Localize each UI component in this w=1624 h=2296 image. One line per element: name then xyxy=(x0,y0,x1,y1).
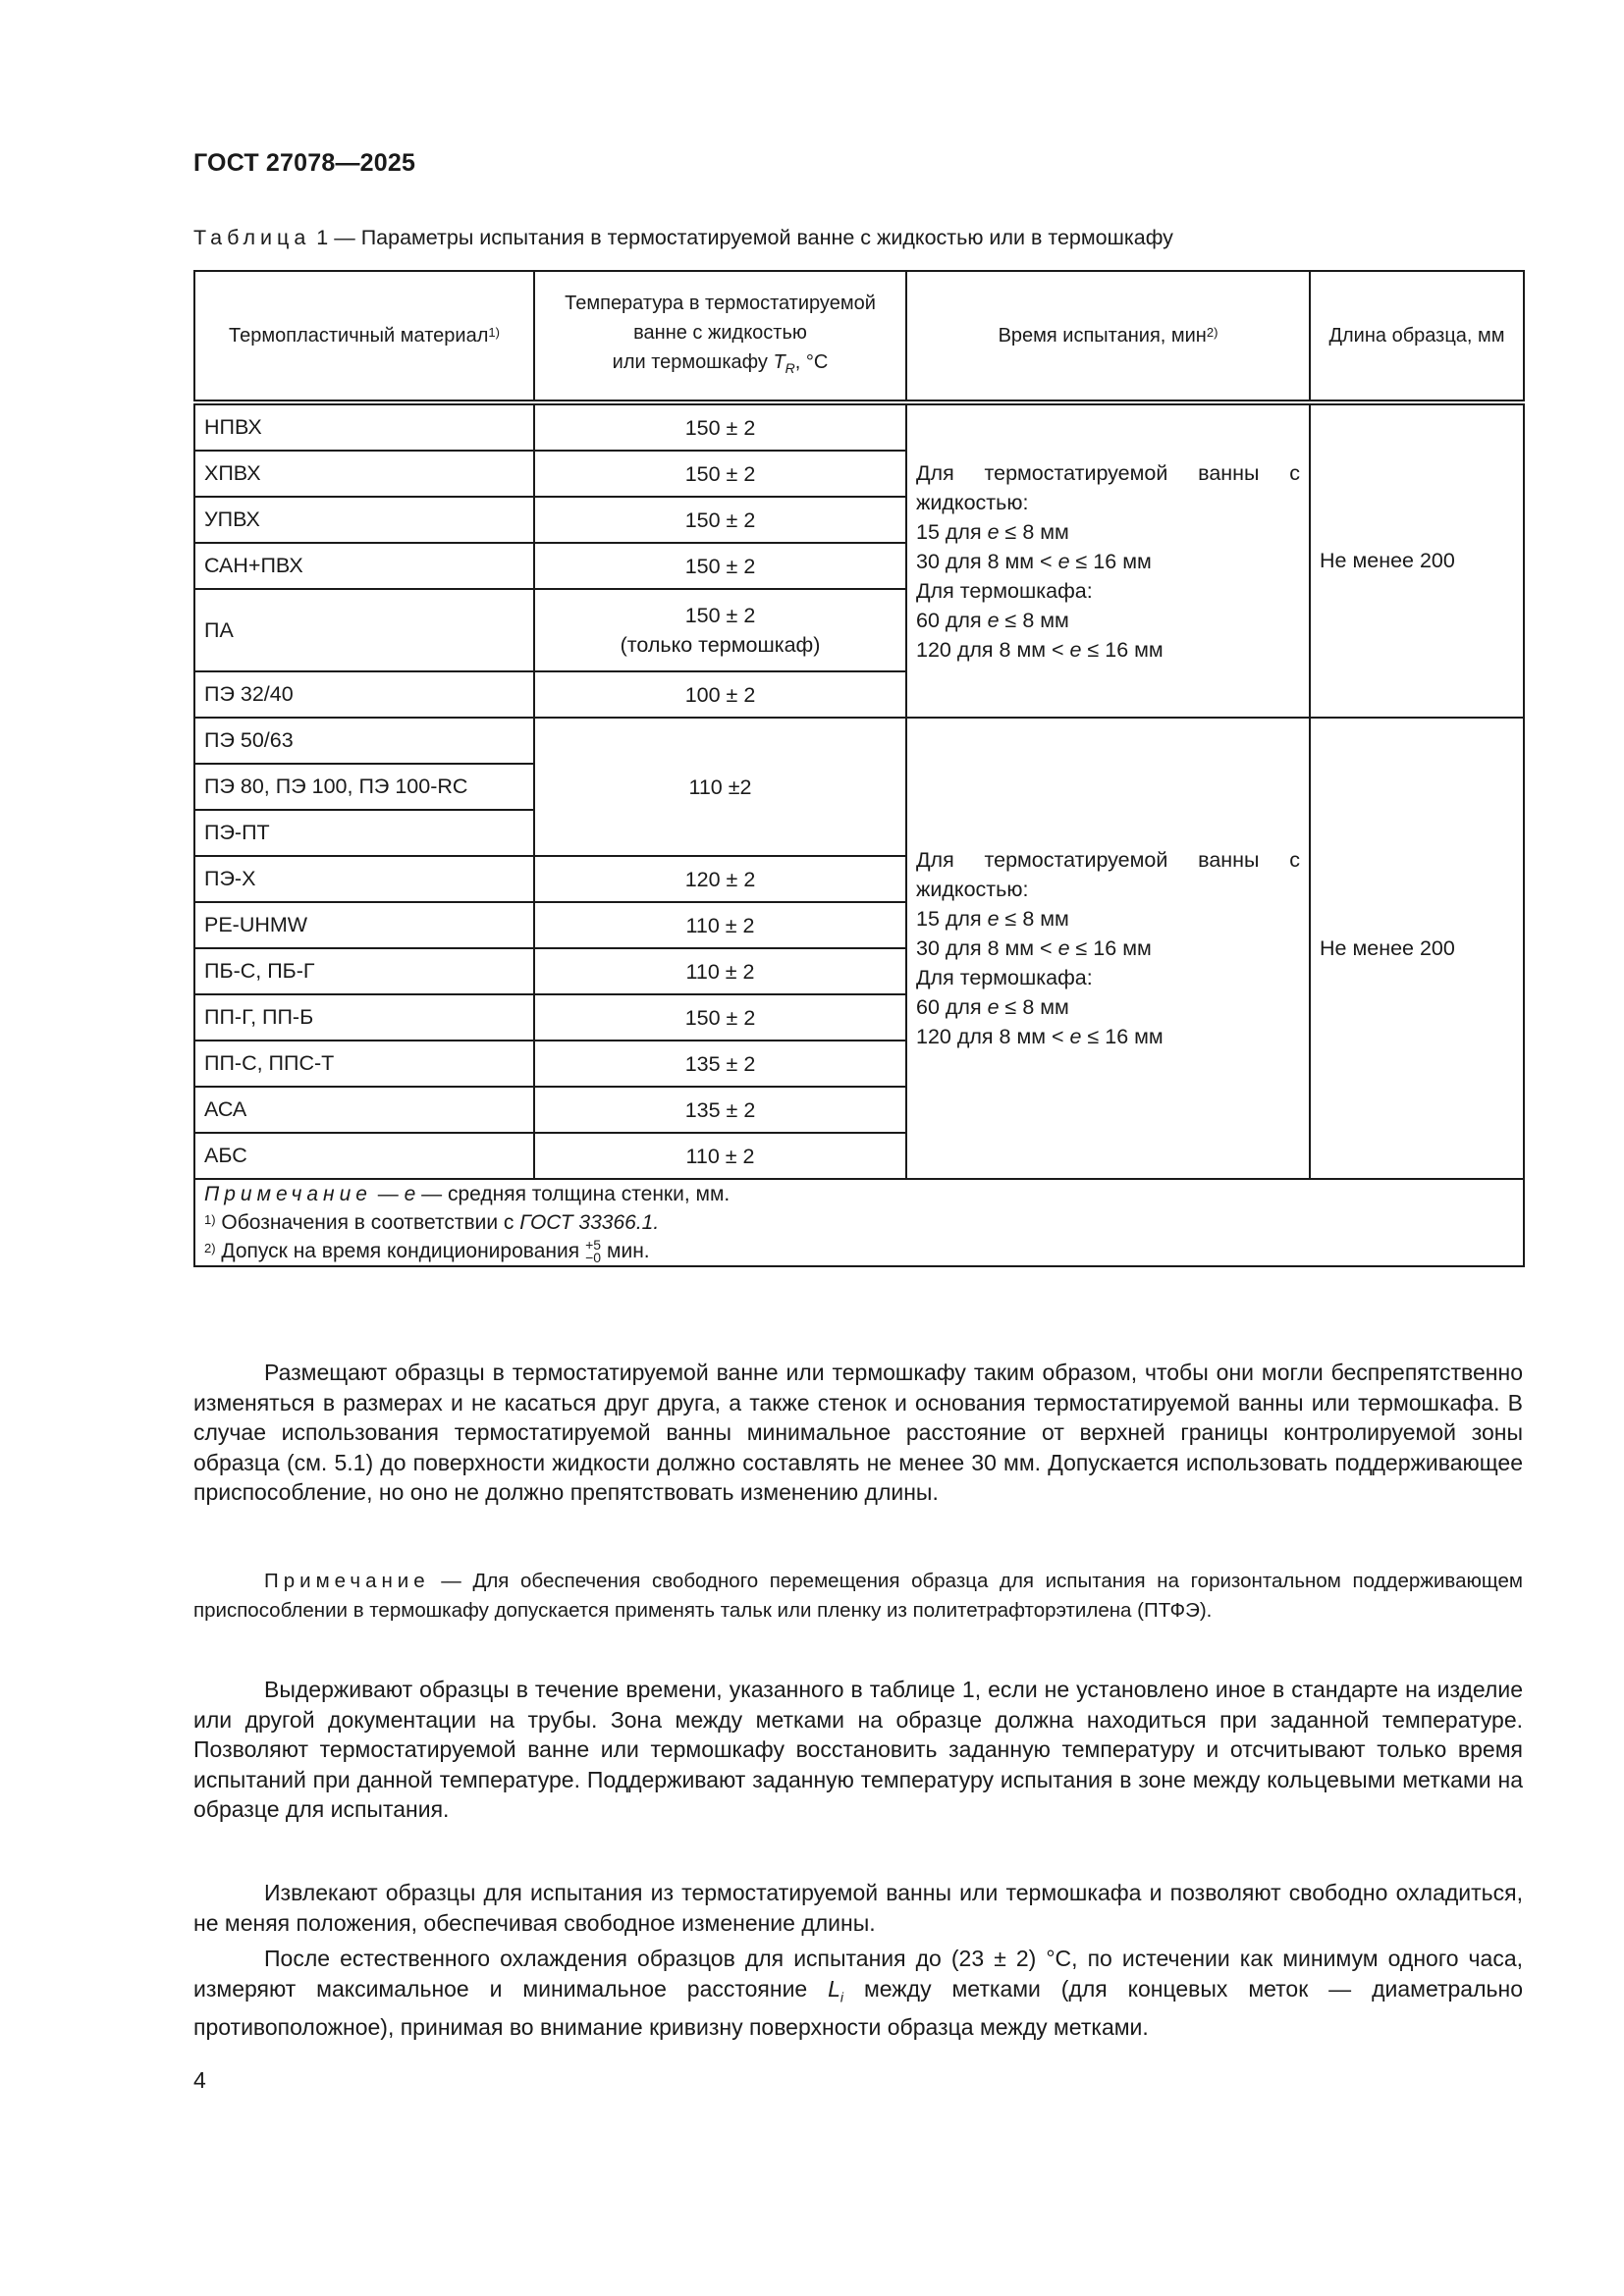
material-cell: ПЭ-ПТ xyxy=(194,810,534,856)
body-note: Примечание — Для обеспечения свободного … xyxy=(193,1567,1523,1626)
temperature-cell: 150 ± 2 xyxy=(534,497,906,543)
temperature-cell: 110 ± 2 xyxy=(534,902,906,948)
material-cell: ПП-Г, ПП-Б xyxy=(194,994,534,1041)
material-cell: ПА xyxy=(194,589,534,671)
tolerance: +5−0 xyxy=(585,1239,601,1264)
material-cell: PE-UHMW xyxy=(194,902,534,948)
temperature-cell: 120 ± 2 xyxy=(534,856,906,902)
page-number: 4 xyxy=(193,2067,206,2094)
temperature-cell: 110 ± 2 xyxy=(534,1133,906,1179)
column-header-temperature: Температура в термостатируемой ванне с ж… xyxy=(534,271,906,402)
parameters-table: Термопластичный материал1) Температура в… xyxy=(193,270,1525,1267)
table-header-row: Термопластичный материал1) Температура в… xyxy=(194,271,1524,402)
table-notes-row: Примечание — e — средняя толщина стенки,… xyxy=(194,1179,1524,1266)
material-cell: ХПВХ xyxy=(194,451,534,497)
temperature-cell: 150 ± 2 xyxy=(534,451,906,497)
column-header-time: Время испытания, мин2) xyxy=(906,271,1310,402)
temperature-cell: 100 ± 2 xyxy=(534,671,906,718)
temperature-cell-merged: 110 ±2 xyxy=(534,718,906,856)
time-cell: Для термостатируемой ванны с жидкостью: … xyxy=(906,718,1310,1179)
document-title: ГОСТ 27078—2025 xyxy=(193,149,415,178)
material-cell: АБС xyxy=(194,1133,534,1179)
column-header-length: Длина образца, мм xyxy=(1310,271,1524,402)
paragraph-4: После естественного охлаждения образцов … xyxy=(193,1944,1523,2042)
temperature-cell: 135 ± 2 xyxy=(534,1041,906,1087)
length-cell: Не менее 200 xyxy=(1310,718,1524,1179)
temperature-cell: 150 ± 2 xyxy=(534,994,906,1041)
column-header-material: Термопластичный материал1) xyxy=(194,271,534,402)
temperature-cell: 150 ± 2 xyxy=(534,543,906,589)
table-row: НПВХ 150 ± 2 Для термостатируемой ванны … xyxy=(194,402,1524,451)
material-cell: ПП-С, ППС-Т xyxy=(194,1041,534,1087)
material-cell: ПЭ 32/40 xyxy=(194,671,534,718)
table-notes: Примечание — e — средняя толщина стенки,… xyxy=(194,1179,1524,1266)
table-caption-text: 1 — Параметры испытания в термостатируем… xyxy=(316,226,1173,249)
material-cell: ПЭ-Х xyxy=(194,856,534,902)
material-cell: САН+ПВХ xyxy=(194,543,534,589)
paragraph-3: Извлекают образцы для испытания из термо… xyxy=(193,1878,1523,1938)
temperature-cell: 150 ± 2 (только термошкаф) xyxy=(534,589,906,671)
material-cell: ПЭ 50/63 xyxy=(194,718,534,764)
material-cell: ПЭ 80, ПЭ 100, ПЭ 100-RC xyxy=(194,764,534,810)
material-cell: НПВХ xyxy=(194,402,534,451)
table-row: ПЭ 50/63 110 ±2 Для термостатируемой ван… xyxy=(194,718,1524,764)
table-caption-label: Таблица xyxy=(193,226,310,249)
material-cell: ПБ-С, ПБ-Г xyxy=(194,948,534,994)
table-caption: Таблица 1 — Параметры испытания в термос… xyxy=(193,226,1173,250)
time-cell: Для термостатируемой ванны с жидкостью: … xyxy=(906,402,1310,718)
temperature-cell: 110 ± 2 xyxy=(534,948,906,994)
temperature-cell: 135 ± 2 xyxy=(534,1087,906,1133)
footnote-1: 1) Обозначения в соответствии с ГОСТ 333… xyxy=(204,1208,1514,1237)
temperature-cell: 150 ± 2 xyxy=(534,402,906,451)
paragraph-2: Выдерживают образцы в течение времени, у… xyxy=(193,1675,1523,1825)
material-cell: УПВХ xyxy=(194,497,534,543)
footnote-2: 2) Допуск на время кондиционирования+5−0… xyxy=(204,1237,1514,1265)
length-cell: Не менее 200 xyxy=(1310,402,1524,718)
table-note: Примечание — e — средняя толщина стенки,… xyxy=(204,1180,1514,1208)
paragraph-1: Размещают образцы в термостатируемой ван… xyxy=(193,1358,1523,1508)
material-cell: АСА xyxy=(194,1087,534,1133)
